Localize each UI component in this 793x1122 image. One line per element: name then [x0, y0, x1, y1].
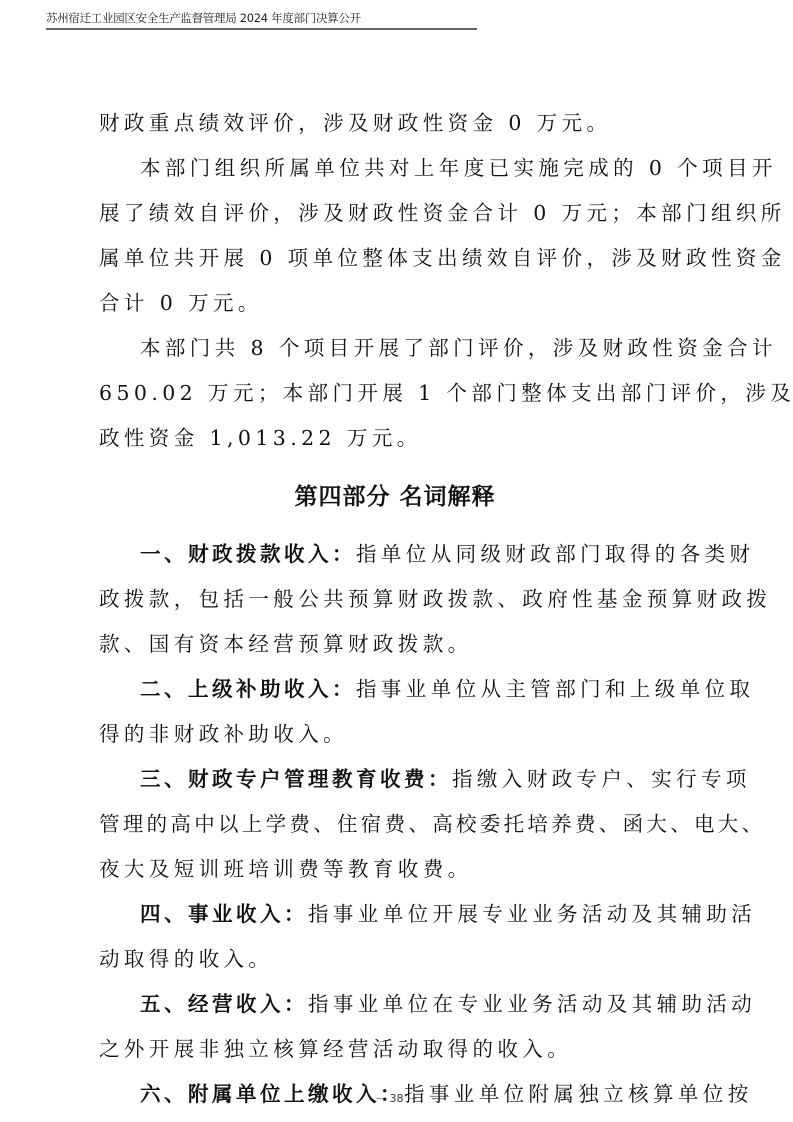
paragraph-line: 政性资金 1,013.22 万元。 — [99, 423, 691, 468]
term-definition-line: 五、经营收入：指事业单位在专业业务活动及其辅助活动 — [99, 989, 691, 1034]
paragraph-line: 合计 0 万元。 — [99, 288, 691, 333]
term-definition-line: 款、国有资本经营预算财政拨款。 — [99, 629, 691, 674]
term-definition-line: 三、财政专户管理教育收费：指缴入财政专户、实行专项 — [99, 764, 691, 809]
term-text: 指事业单位在专业业务活动及其辅助活动 — [308, 992, 756, 1016]
paragraph-line: 650.02 万元；本部门开展 1 个部门整体支出部门评价，涉及财 — [99, 378, 691, 423]
term-definition-line: 管理的高中以上学费、住宿费、高校委托培养费、函大、电大、 — [99, 809, 691, 854]
running-header: 苏州宿迁工业园区安全生产监督管理局 2024 年度部门决算公开 — [46, 10, 478, 26]
term-definition-line: 夜大及短训班培训费等教育收费。 — [99, 854, 691, 899]
document-body: 财政重点绩效评价，涉及财政性资金 0 万元。 本部门组织所属单位共对上年度已实施… — [99, 108, 691, 1122]
term-definition-line: 二、上级补助收入：指事业单位从主管部门和上级单位取 — [99, 674, 691, 719]
paragraph-line: 财政重点绩效评价，涉及财政性资金 0 万元。 — [99, 108, 691, 153]
term-label: 五、经营收入： — [140, 992, 308, 1016]
term-definition-line: 动取得的收入。 — [99, 944, 691, 989]
term-text: 指事业单位开展专业业务活动及其辅助活 — [308, 902, 756, 926]
term-definition-line: 之外开展非独立核算经营活动取得的收入。 — [99, 1034, 691, 1079]
header-rule — [46, 28, 477, 30]
term-text: 指事业单位从主管部门和上级单位取 — [356, 677, 754, 701]
term-label: 三、财政专户管理教育收费： — [140, 767, 452, 791]
term-label: 二、上级补助收入： — [140, 677, 356, 701]
term-definition-line: 一、财政拨款收入：指单位从同级财政部门取得的各类财 — [99, 539, 691, 584]
page-number: － 38 － — [0, 1090, 793, 1106]
term-definition-line: 得的非财政补助收入。 — [99, 719, 691, 764]
section-heading: 第四部分 名词解释 — [99, 477, 691, 539]
term-label: 四、事业收入： — [140, 902, 308, 926]
term-text: 指缴入财政专户、实行专项 — [452, 767, 751, 791]
term-definition-line: 四、事业收入：指事业单位开展专业业务活动及其辅助活 — [99, 899, 691, 944]
term-label: 一、财政拨款收入： — [140, 542, 356, 566]
paragraph-line: 展了绩效自评价，涉及财政性资金合计 0 万元；本部门组织所 — [99, 198, 691, 243]
paragraph-line: 属单位共开展 0 项单位整体支出绩效自评价，涉及财政性资金 — [99, 243, 691, 288]
term-definition-line: 政拨款，包括一般公共预算财政拨款、政府性基金预算财政拨 — [99, 584, 691, 629]
paragraph-line: 本部门组织所属单位共对上年度已实施完成的 0 个项目开 — [99, 153, 691, 198]
paragraph-line: 本部门共 8 个项目开展了部门评价，涉及财政性资金合计 — [99, 333, 691, 378]
term-text: 指单位从同级财政部门取得的各类财 — [356, 542, 754, 566]
